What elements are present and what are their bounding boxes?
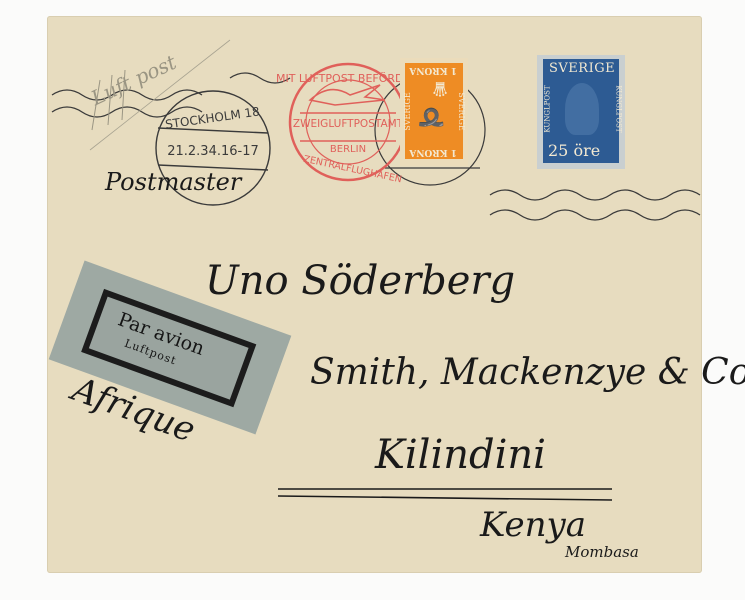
address-company: Smith, Mackenzye & Co — [310, 352, 745, 393]
svg-text:BERLIN: BERLIN — [330, 144, 366, 155]
stamp-25-ore: SVERIGE KUNGLPOST KUNGLPOST 25 öre — [537, 55, 625, 169]
address-salutation: Postmaster — [105, 168, 241, 196]
stamp-1-krona: 1 KRONA 1 KRONA ➰ ♛ SVERIGE SVERIGE — [400, 58, 468, 166]
address-country: Kenya — [480, 505, 586, 545]
address-name: Uno Söderberg — [205, 258, 515, 304]
address-town: Kilindini — [375, 432, 546, 478]
address-city-note: Mombasa — [565, 543, 639, 561]
crown-icon: ♛ — [431, 77, 449, 101]
svg-text:21.2.34.16-17: 21.2.34.16-17 — [167, 144, 259, 159]
posthorn-icon: ➰ — [418, 104, 445, 129]
king-portrait — [565, 83, 599, 135]
svg-text:ZWEIGLUFTPOSTAMT: ZWEIGLUFTPOSTAMT — [293, 118, 404, 130]
